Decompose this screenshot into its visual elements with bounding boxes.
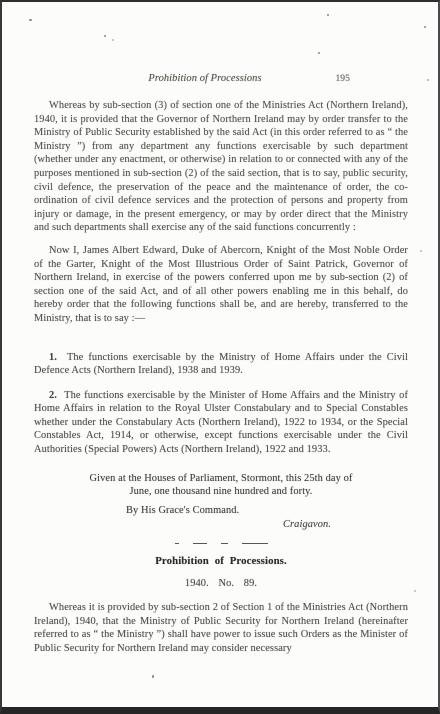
section-divider bbox=[34, 541, 408, 545]
scan-speck bbox=[29, 19, 32, 21]
scan-speck bbox=[420, 250, 422, 252]
item-2-text: The functions exercisable by the Ministe… bbox=[34, 390, 408, 455]
scan-speck bbox=[414, 590, 416, 592]
scanned-document-page: Prohibition of Processions 195 Whereas b… bbox=[0, 0, 440, 714]
command-line: By His Grace's Command. bbox=[126, 504, 408, 518]
page-content: Prohibition of Processions 195 Whereas b… bbox=[34, 2, 408, 656]
item-2-number: 2. bbox=[49, 390, 57, 401]
order-item-2: 2. The functions exercisable by the Mini… bbox=[34, 389, 408, 457]
paragraph-whereas-power: Whereas it is provided by sub-section 2 … bbox=[34, 601, 408, 655]
item-1-text: The functions exercisable by the Ministr… bbox=[34, 352, 408, 377]
paragraph-now-i: Now I, James Albert Edward, Duke of Aber… bbox=[34, 244, 408, 326]
running-head: Prohibition of Processions 195 bbox=[34, 72, 408, 86]
paragraph-whereas-transfer: Whereas by sub-section (3) of section on… bbox=[34, 99, 408, 235]
scan-speck bbox=[152, 675, 154, 678]
page-number: 195 bbox=[335, 73, 350, 87]
scan-speck bbox=[424, 26, 426, 28]
signature: Craigavon. bbox=[283, 518, 408, 532]
order-number: 1940. No. 89. bbox=[34, 577, 408, 591]
given-clause: Given at the Houses of Parliament, Storm… bbox=[85, 472, 357, 499]
scan-speck bbox=[427, 79, 429, 81]
section-heading: Prohibition of Processions. bbox=[34, 555, 408, 569]
item-1-number: 1. bbox=[49, 352, 57, 363]
order-item-1: 1. The functions exercisable by the Mini… bbox=[34, 351, 408, 378]
